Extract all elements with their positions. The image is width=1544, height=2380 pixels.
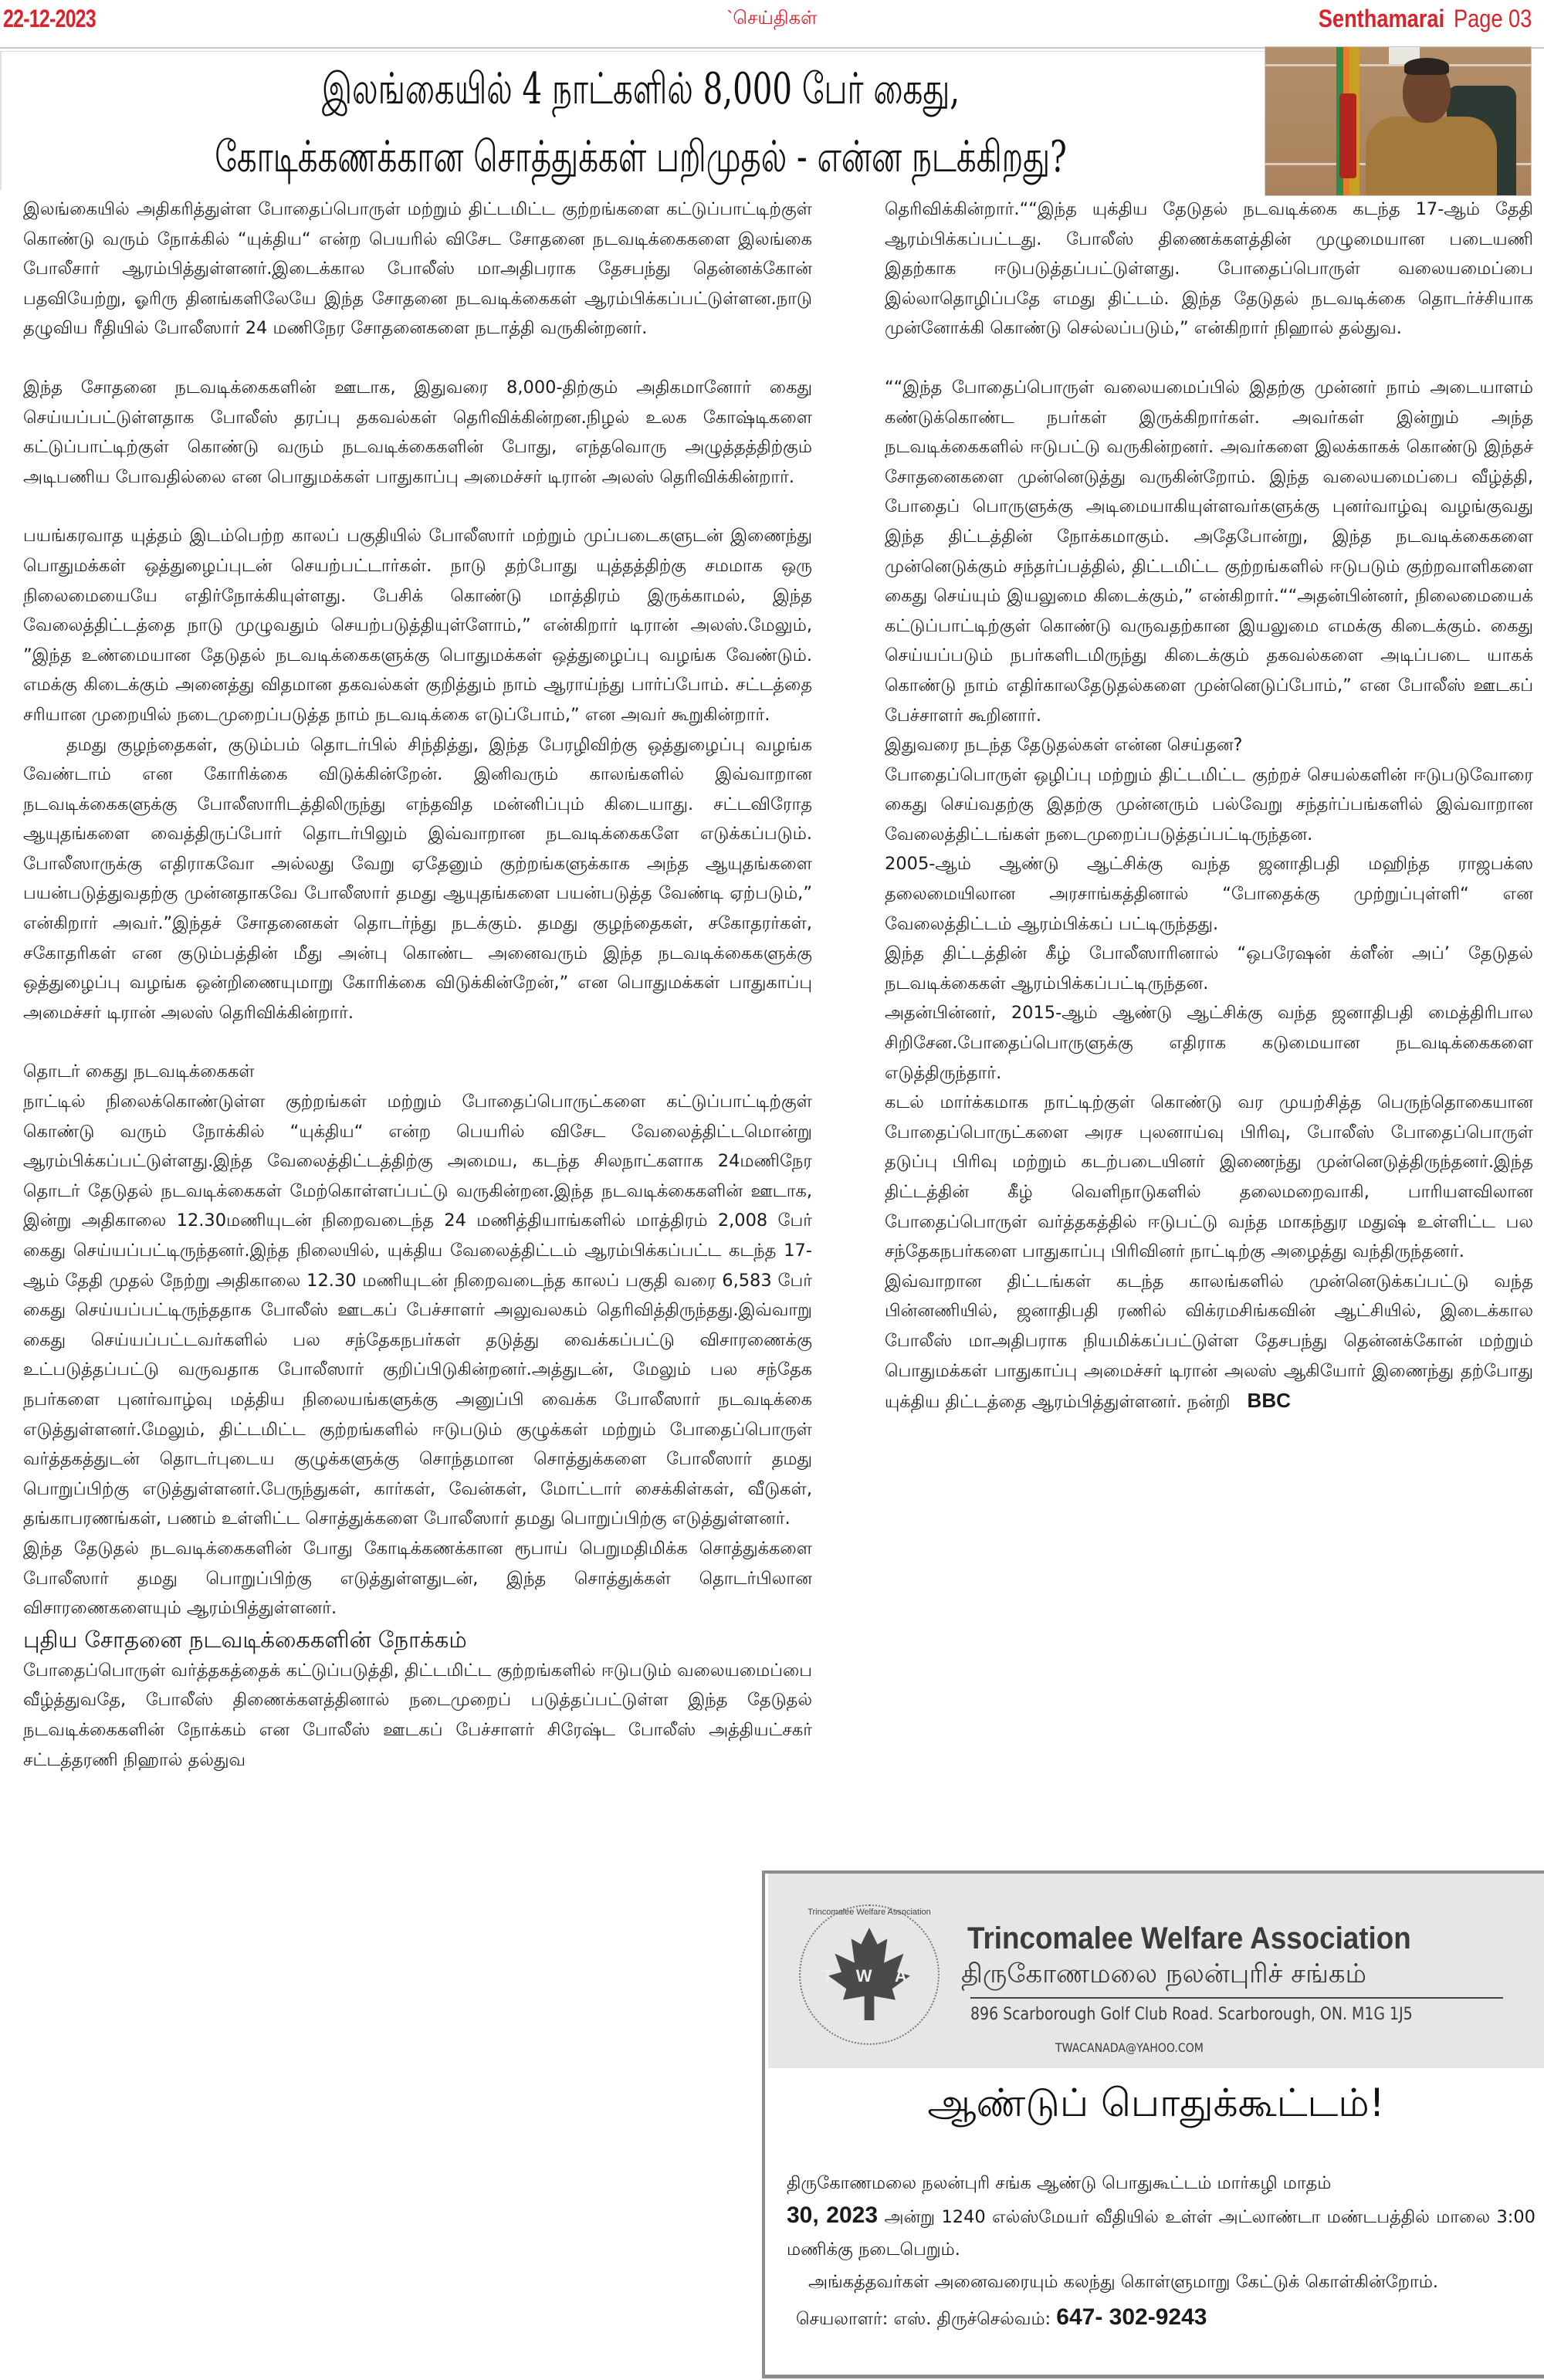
paragraph: இலங்கையில் அதிகரித்துள்ள போதைப்பொருள் மற… bbox=[23, 195, 812, 344]
section-label: `செய்திகள் bbox=[0, 8, 1544, 31]
advertisement-box: Trincomalee Welfare Association T W A Tr… bbox=[762, 1870, 1544, 2378]
ad-venue-text: அன்று 1240 எல்ஸ்மேயர் வீதியில் உள்ள் அட்… bbox=[787, 2207, 1536, 2260]
section-heading: தொடர் கைது நடவடிக்கைகள் bbox=[23, 1057, 812, 1087]
ad-title: ஆண்டுப் பொதுக்கூட்டம்! bbox=[768, 2080, 1544, 2131]
closing-text: இவ்வாறான திட்டங்கள் கடந்த காலங்களில் முன… bbox=[885, 1271, 1533, 1412]
org-name-tamil: திருகோணமலை நலன்புரிச் சங்கம் bbox=[961, 1959, 1366, 1992]
headline: இலங்கையில் 4 நாட்களில் 8,000 பேர் கைது, … bbox=[31, 56, 1251, 191]
headline-line-2: கோடிக்கணக்கான சொத்துக்கள் பறிமுதல் - என்… bbox=[201, 124, 1080, 191]
org-email: TWACANADA@YAHOO.COM bbox=[1055, 2040, 1204, 2055]
ad-line: அங்கத்தவர்கள் அனைவரையும் கலந்து கொள்ளுமா… bbox=[787, 2266, 1536, 2298]
paper-name: Senthamarai bbox=[1318, 5, 1444, 32]
article-column-right: தெரிவிக்கின்றார்.““இந்த யுக்திய தேடுதல் … bbox=[885, 195, 1533, 1854]
section-heading: புதிய சோதனை நடவடிக்கைகளின் நோக்கம் bbox=[23, 1623, 812, 1656]
paper-page-label: SenthamaraiPage 03 bbox=[1318, 5, 1532, 33]
source-credit: BBC bbox=[1248, 1389, 1291, 1412]
photo-uniform bbox=[1366, 117, 1497, 196]
paragraph: ““இந்த போதைப்பொருள் வலையமைப்பில் இதற்கு … bbox=[885, 373, 1533, 730]
photo-hair bbox=[1404, 58, 1449, 75]
ad-line: திருகோணமலை நலன்புரி சங்க ஆண்டு பொதுகூட்ட… bbox=[787, 2167, 1536, 2199]
headline-left-rule bbox=[0, 51, 2, 190]
logo-initials: T W A bbox=[799, 1966, 940, 1986]
article-column-left: இலங்கையில் அதிகரித்துள்ள போதைப்பொருள் மற… bbox=[23, 195, 812, 2379]
logo-ring-text: Trincomalee Welfare Association bbox=[799, 1908, 940, 1917]
paragraph: இந்த தேடுதல் நடவடிக்கைகளின் போது கோடிக்க… bbox=[23, 1534, 812, 1623]
masthead: 22-12-2023 `செய்திகள் SenthamaraiPage 03 bbox=[0, 0, 1544, 43]
paragraph: நாட்டில் நிலைக்கொண்டுள்ள குற்றங்கள் மற்ற… bbox=[23, 1087, 812, 1534]
paragraph: இந்த திட்டத்தின் கீழ் போலீஸாரினால் “ஒபரே… bbox=[885, 939, 1533, 998]
article-photo bbox=[1265, 46, 1532, 196]
paragraph: தெரிவிக்கின்றார்.““இந்த யுக்திய தேடுதல் … bbox=[885, 195, 1533, 344]
paragraph: பயங்கரவாத யுத்தம் இடம்பெற்ற காலப் பகுதிய… bbox=[23, 521, 812, 730]
paragraph: போதைப்பொருள் வர்த்தகத்தைக் கட்டுப்படுத்த… bbox=[23, 1656, 812, 1775]
org-name-english: Trincomalee Welfare Association bbox=[967, 1921, 1411, 1956]
ad-body: திருகோணமலை நலன்புரி சங்க ஆண்டு பொதுகூட்ட… bbox=[787, 2167, 1536, 2335]
section-heading: இதுவரை நடந்த தேடுதல்கள் என்ன செய்தன? bbox=[885, 730, 1533, 760]
ad-banner: Trincomalee Welfare Association T W A Tr… bbox=[768, 1874, 1544, 2068]
paragraph: இவ்வாறான திட்டங்கள் கடந்த காலங்களில் முன… bbox=[885, 1267, 1533, 1417]
headline-line-1: இலங்கையில் 4 நாட்களில் 8,000 பேர் கைது, bbox=[201, 56, 1080, 124]
page-number: Page 03 bbox=[1454, 5, 1532, 32]
secretary-contact: செயலாளர்: எஸ். திருச்செல்வம்: 647- 302-9… bbox=[787, 2301, 1536, 2335]
paragraph: போதைப்பொருள் ஒழிப்பு மற்றும் திட்டமிட்ட … bbox=[885, 760, 1533, 850]
paragraph: கடல் மார்க்கமாக நாட்டிற்குள் கொண்டு வர ம… bbox=[885, 1088, 1533, 1267]
twa-logo-icon: Trincomalee Welfare Association T W A bbox=[799, 1904, 940, 2045]
org-address: 896 Scarborough Golf Club Road. Scarboro… bbox=[970, 2005, 1413, 2024]
sri-lanka-flag-icon bbox=[1336, 47, 1359, 195]
paragraph: அதன்பின்னர், 2015-ஆம் ஆண்டு ஆட்சிக்கு வந… bbox=[885, 998, 1533, 1088]
phone-number: 647- 302-9243 bbox=[1056, 2304, 1207, 2330]
paragraph: தமது குழந்தைகள், குடும்பம் தொடர்பில் சிந… bbox=[23, 730, 812, 1028]
paragraph: 2005-ஆம் ஆண்டு ஆட்சிக்கு வந்த ஜனாதிபதி ம… bbox=[885, 849, 1533, 939]
ad-line: 30, 2023 அன்று 1240 எல்ஸ்மேயர் வீதியில் … bbox=[787, 2199, 1536, 2266]
paragraph: இந்த சோதனை நடவடிக்கைகளின் ஊடாக, இதுவரை 8… bbox=[23, 373, 812, 492]
meeting-date: 30, 2023 bbox=[787, 2202, 878, 2228]
headline-top-rule bbox=[0, 51, 1266, 52]
photo-wall-line bbox=[1265, 64, 1531, 66]
ad-divider bbox=[970, 1997, 1503, 1999]
secretary-label: செயலாளர்: எஸ். திருச்செல்வம்: bbox=[796, 2309, 1051, 2329]
